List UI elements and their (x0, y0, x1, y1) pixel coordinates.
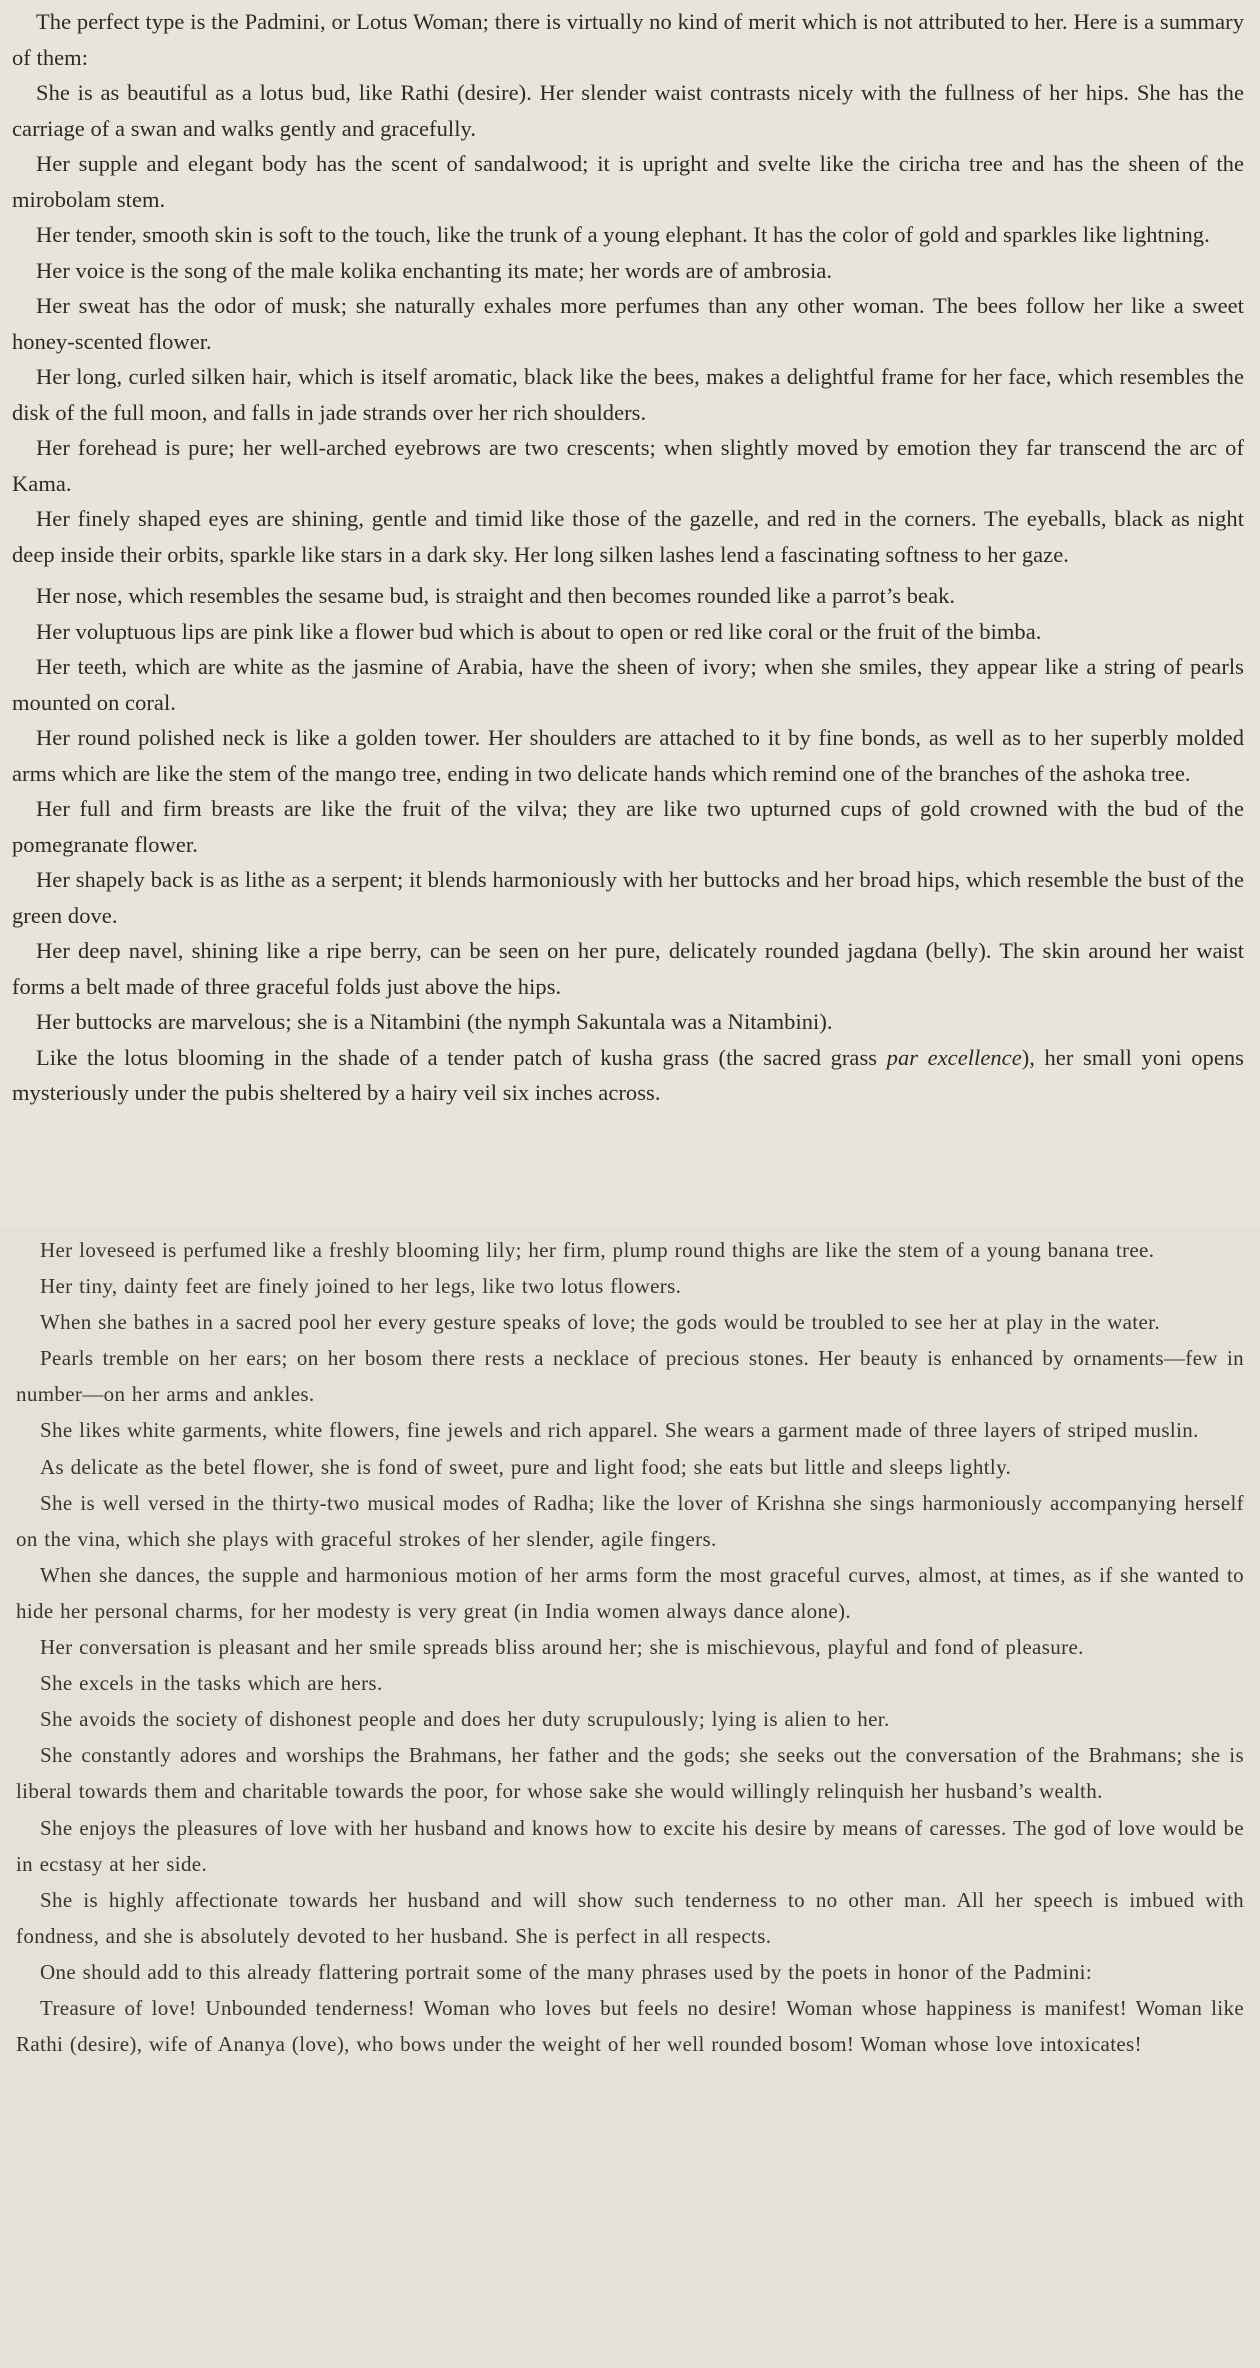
paragraph: Her voluptuous lips are pink like a flow… (12, 614, 1244, 650)
paragraph: Her forehead is pure; her well-arched ey… (12, 430, 1244, 501)
text-section-bottom: Her loveseed is perfumed like a freshly … (16, 1232, 1244, 2062)
paragraph: Like the lotus blooming in the shade of … (12, 1040, 1244, 1111)
paragraph: She enjoys the pleasures of love with he… (16, 1810, 1244, 1882)
italic-phrase: par excellence (887, 1045, 1022, 1070)
paragraph: She constantly adores and worships the B… (16, 1737, 1244, 1809)
paragraph: She likes white garments, white flowers,… (16, 1412, 1244, 1448)
paragraph: When she bathes in a sacred pool her eve… (16, 1304, 1244, 1340)
paragraph: Her loveseed is perfumed like a freshly … (16, 1232, 1244, 1268)
paragraph: Her finely shaped eyes are shining, gent… (12, 501, 1244, 572)
paragraph: She avoids the society of dishonest peop… (16, 1701, 1244, 1737)
paragraph: Her deep navel, shining like a ripe berr… (12, 933, 1244, 1004)
paragraph: Her conversation is pleasant and her smi… (16, 1629, 1244, 1665)
paragraph: Her round polished neck is like a golden… (12, 720, 1244, 791)
paragraph: Pearls tremble on her ears; on her bosom… (16, 1340, 1244, 1412)
document-page: The perfect type is the Padmini, or Lotu… (0, 0, 1260, 2368)
paragraph: Her sweat has the odor of musk; she natu… (12, 288, 1244, 359)
paragraph-text: Like the lotus blooming in the shade of … (36, 1045, 887, 1070)
text-section-top: The perfect type is the Padmini, or Lotu… (12, 4, 1244, 1111)
paragraph: Her voice is the song of the male kolika… (12, 253, 1244, 289)
paragraph: She is as beautiful as a lotus bud, like… (12, 75, 1244, 146)
paragraph: Her buttocks are marvelous; she is a Nit… (12, 1004, 1244, 1040)
paragraph: She excels in the tasks which are hers. (16, 1665, 1244, 1701)
paragraph: She is highly affectionate towards her h… (16, 1882, 1244, 1954)
paragraph: When she dances, the supple and harmonio… (16, 1557, 1244, 1629)
paragraph: Her full and firm breasts are like the f… (12, 791, 1244, 862)
paragraph: Her nose, which resembles the sesame bud… (12, 578, 1244, 614)
paragraph: As delicate as the betel flower, she is … (16, 1449, 1244, 1485)
paragraph: Treasure of love! Unbounded tenderness! … (16, 1990, 1244, 2062)
paragraph: One should add to this already flatterin… (16, 1954, 1244, 1990)
paragraph: Her long, curled silken hair, which is i… (12, 359, 1244, 430)
paragraph: Her supple and elegant body has the scen… (12, 146, 1244, 217)
paragraph: Her tender, smooth skin is soft to the t… (12, 217, 1244, 253)
paragraph: Her teeth, which are white as the jasmin… (12, 649, 1244, 720)
paragraph: She is well versed in the thirty-two mus… (16, 1485, 1244, 1557)
paragraph: The perfect type is the Padmini, or Lotu… (12, 4, 1244, 75)
paragraph: Her tiny, dainty feet are finely joined … (16, 1268, 1244, 1304)
paragraph: Her shapely back is as lithe as a serpen… (12, 862, 1244, 933)
